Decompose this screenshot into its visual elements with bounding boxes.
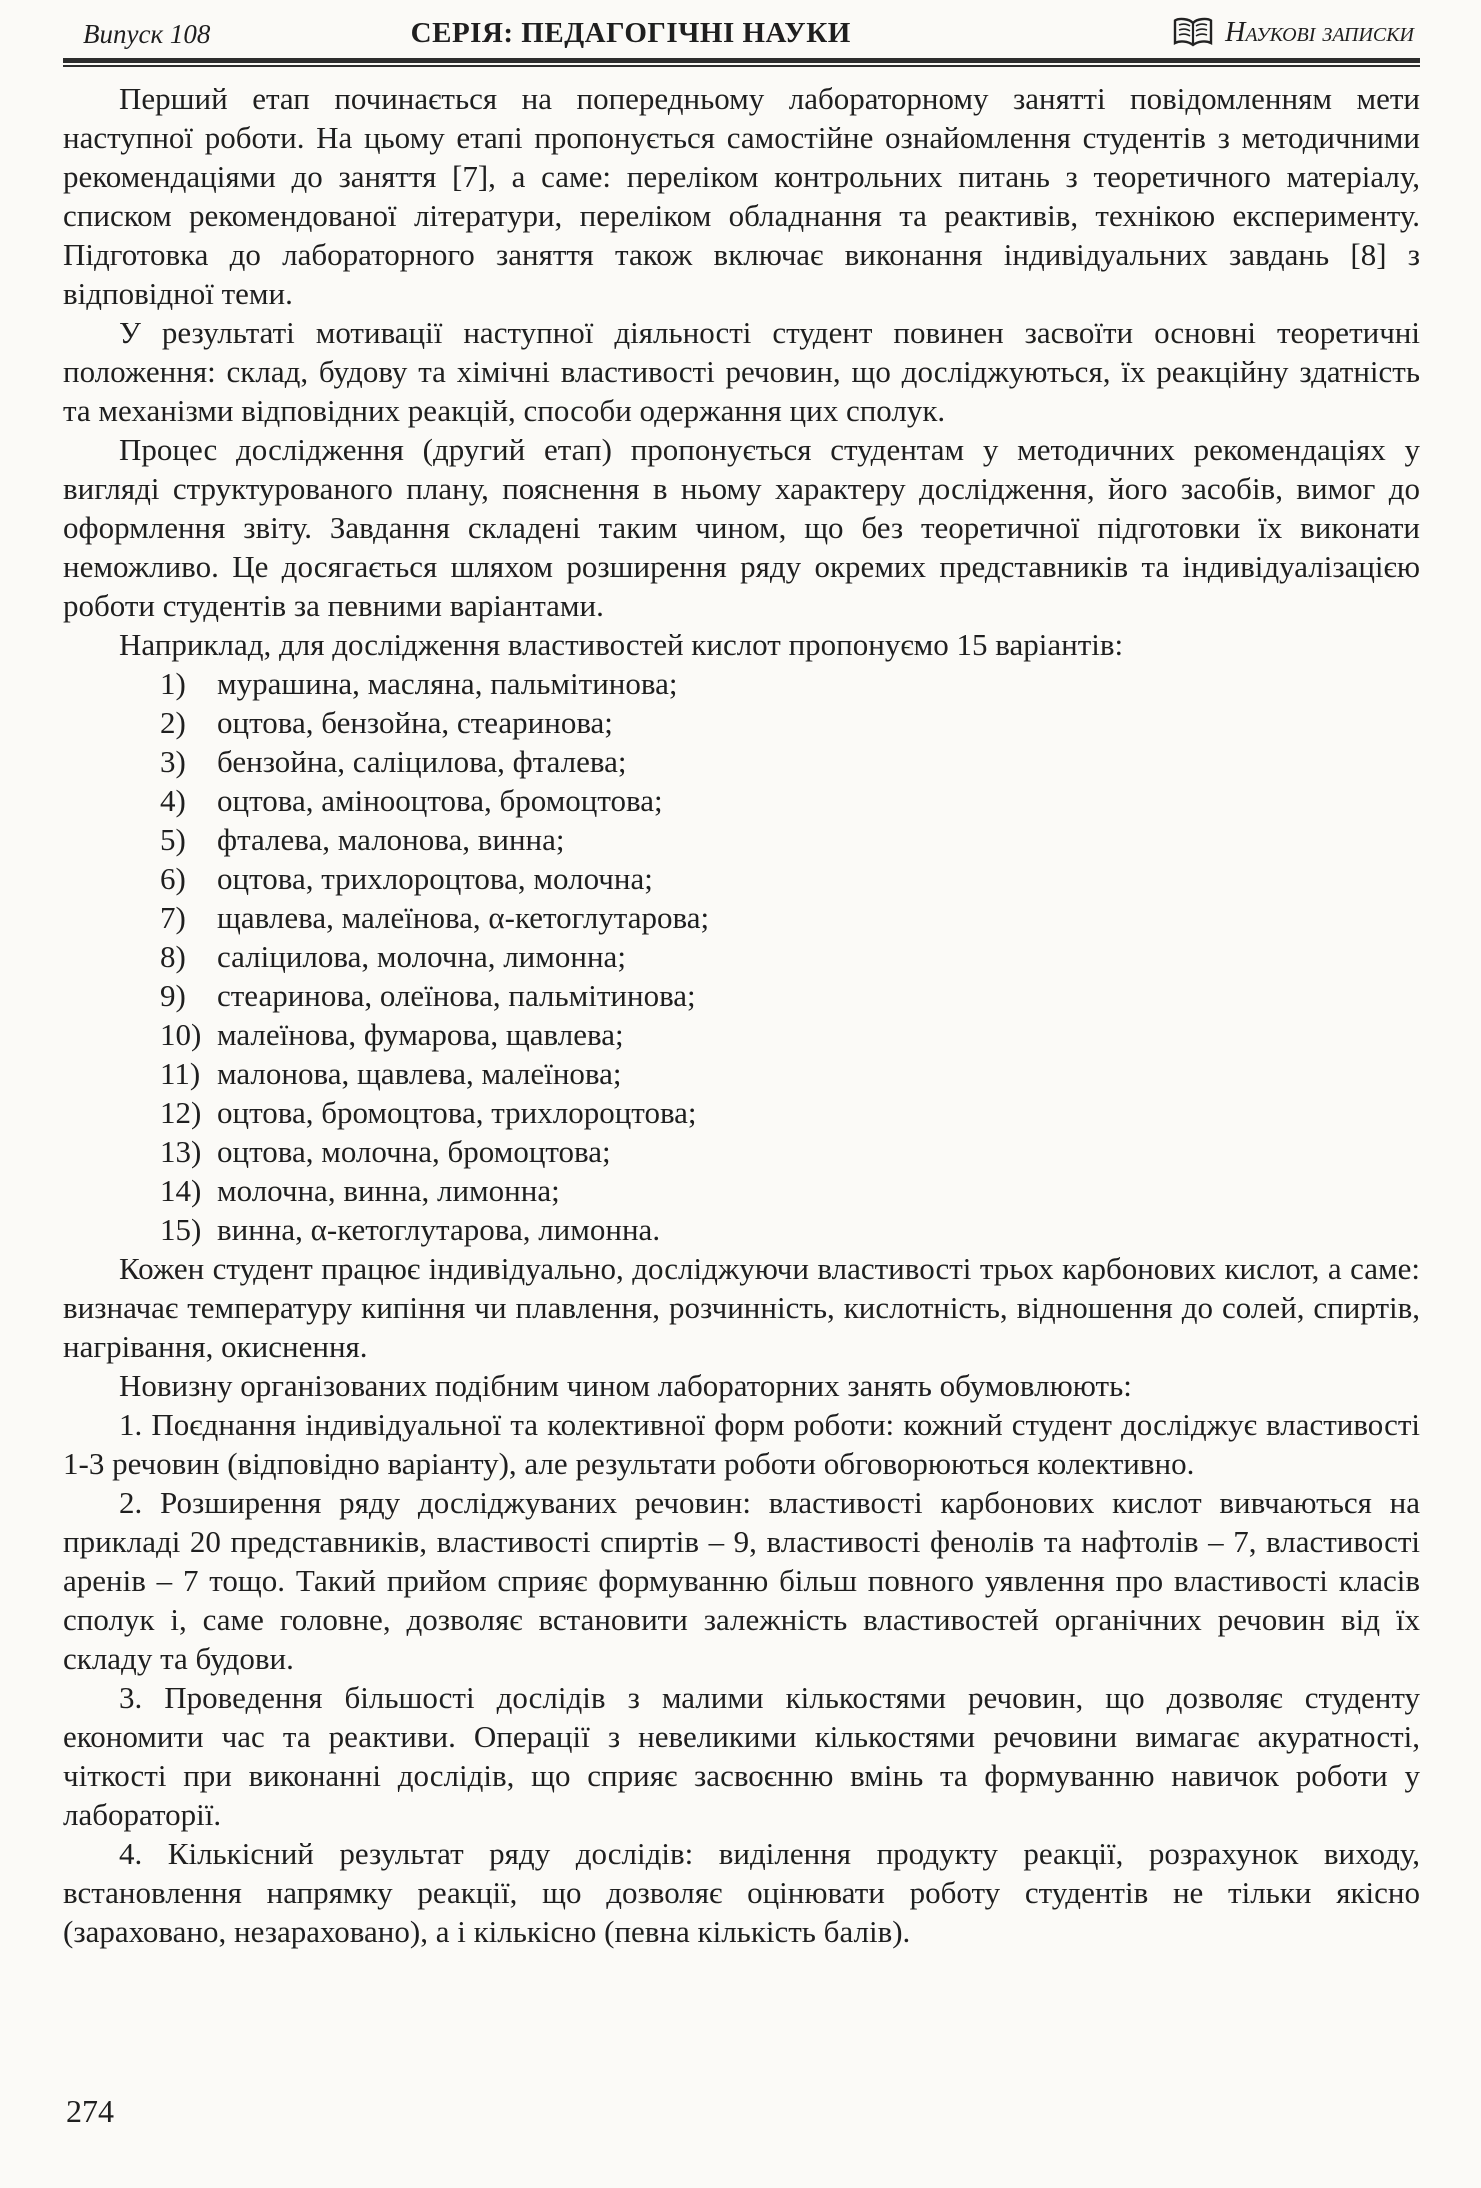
list-item: 6)оцтова, трихлороцтова, молочна; (160, 859, 1420, 898)
list-item-marker: 4) (160, 781, 217, 820)
list-item: 11)малонова, щавлева, малеїнова; (160, 1054, 1420, 1093)
paragraph: Наприклад, для дослідження властивостей … (63, 625, 1420, 664)
list-item-text: щавлева, малеїнова, α-кетоглутарова; (217, 898, 1420, 937)
list-item: 14)молочна, винна, лимонна; (160, 1171, 1420, 1210)
list-item-marker: 1) (160, 664, 217, 703)
paragraph: У результаті мотивації наступної діяльно… (63, 313, 1420, 430)
list-item-marker: 2) (160, 703, 217, 742)
list-item-text: оцтова, молочна, бромоцтова; (217, 1132, 1420, 1171)
list-item-text: малонова, щавлева, малеїнова; (217, 1054, 1420, 1093)
article-body: Перший етап починається на попередньому … (63, 79, 1420, 1951)
list-item-marker: 3) (160, 742, 217, 781)
paragraph: Процес дослідження (другий етап) пропону… (63, 430, 1420, 625)
paragraph: 4. Кількісний результат ряду дослідів: в… (63, 1834, 1420, 1951)
list-item-marker: 10) (160, 1015, 217, 1054)
paragraph: 2. Розширення ряду досліджуваних речовин… (63, 1483, 1420, 1678)
page-number: 274 (66, 2093, 114, 2130)
list-item-text: саліцилова, молочна, лимонна; (217, 937, 1420, 976)
list-item-marker: 14) (160, 1171, 217, 1210)
issue-label: Випуск 108 (83, 19, 210, 50)
journal-label: Наукові записки (1225, 17, 1414, 49)
list-item: 5)фталева, малонова, винна; (160, 820, 1420, 859)
paragraph: Кожен студент працює індивідуально, досл… (63, 1249, 1420, 1366)
list-item-text: оцтова, амінооцтова, бромоцтова; (217, 781, 1420, 820)
list-item-text: мурашина, масляна, пальмітинова; (217, 664, 1420, 703)
list-item-text: оцтова, бромоцтова, трихлороцтова; (217, 1093, 1420, 1132)
list-item: 10)малеїнова, фумарова, щавлева; (160, 1015, 1420, 1054)
list-item-marker: 9) (160, 976, 217, 1015)
list-item-marker: 7) (160, 898, 217, 937)
list-item: 9)стеаринова, олеїнова, пальмітинова; (160, 976, 1420, 1015)
paragraph: Новизну організованих подібним чином лаб… (63, 1366, 1420, 1405)
list-item-text: оцтова, трихлороцтова, молочна; (217, 859, 1420, 898)
paragraph: 3. Проведення більшості дослідів з малим… (63, 1678, 1420, 1834)
page-header: Випуск 108 СЕРІЯ: ПЕДАГОГІЧНІ НАУКИ Наук… (63, 0, 1420, 58)
list-item: 15)винна, α-кетоглутарова, лимонна. (160, 1210, 1420, 1249)
list-item-marker: 12) (160, 1093, 217, 1132)
variants-list: 1)мурашина, масляна, пальмітинова; 2)оцт… (160, 664, 1420, 1249)
list-item-text: бензойна, саліцилова, фталева; (217, 742, 1420, 781)
list-item-marker: 8) (160, 937, 217, 976)
list-item-text: стеаринова, олеїнова, пальмітинова; (217, 976, 1420, 1015)
list-item: 4)оцтова, амінооцтова, бромоцтова; (160, 781, 1420, 820)
list-item-text: фталева, малонова, винна; (217, 820, 1420, 859)
journal-brand: Наукові записки (1171, 16, 1414, 50)
list-item-marker: 15) (160, 1210, 217, 1249)
open-book-icon (1171, 16, 1215, 50)
list-item: 3)бензойна, саліцилова, фталева; (160, 742, 1420, 781)
paragraph: Перший етап починається на попередньому … (63, 79, 1420, 313)
list-item: 13)оцтова, молочна, бромоцтова; (160, 1132, 1420, 1171)
scanned-page: Випуск 108 СЕРІЯ: ПЕДАГОГІЧНІ НАУКИ Наук… (0, 0, 1481, 1951)
list-item-marker: 5) (160, 820, 217, 859)
list-item-text: оцтова, бензойна, стеаринова; (217, 703, 1420, 742)
list-item-text: молочна, винна, лимонна; (217, 1171, 1420, 1210)
list-item-text: малеїнова, фумарова, щавлева; (217, 1015, 1420, 1054)
header-double-rule (63, 58, 1420, 67)
list-item: 7)щавлева, малеїнова, α-кетоглутарова; (160, 898, 1420, 937)
paragraph: 1. Поєднання індивідуальної та колективн… (63, 1405, 1420, 1483)
list-item: 12)оцтова, бромоцтова, трихлороцтова; (160, 1093, 1420, 1132)
list-item-marker: 13) (160, 1132, 217, 1171)
list-item: 1)мурашина, масляна, пальмітинова; (160, 664, 1420, 703)
list-item-text: винна, α-кетоглутарова, лимонна. (217, 1210, 1420, 1249)
series-title: СЕРІЯ: ПЕДАГОГІЧНІ НАУКИ (411, 17, 851, 50)
list-item: 8)саліцилова, молочна, лимонна; (160, 937, 1420, 976)
list-item-marker: 6) (160, 859, 217, 898)
list-item: 2)оцтова, бензойна, стеаринова; (160, 703, 1420, 742)
list-item-marker: 11) (160, 1054, 217, 1093)
